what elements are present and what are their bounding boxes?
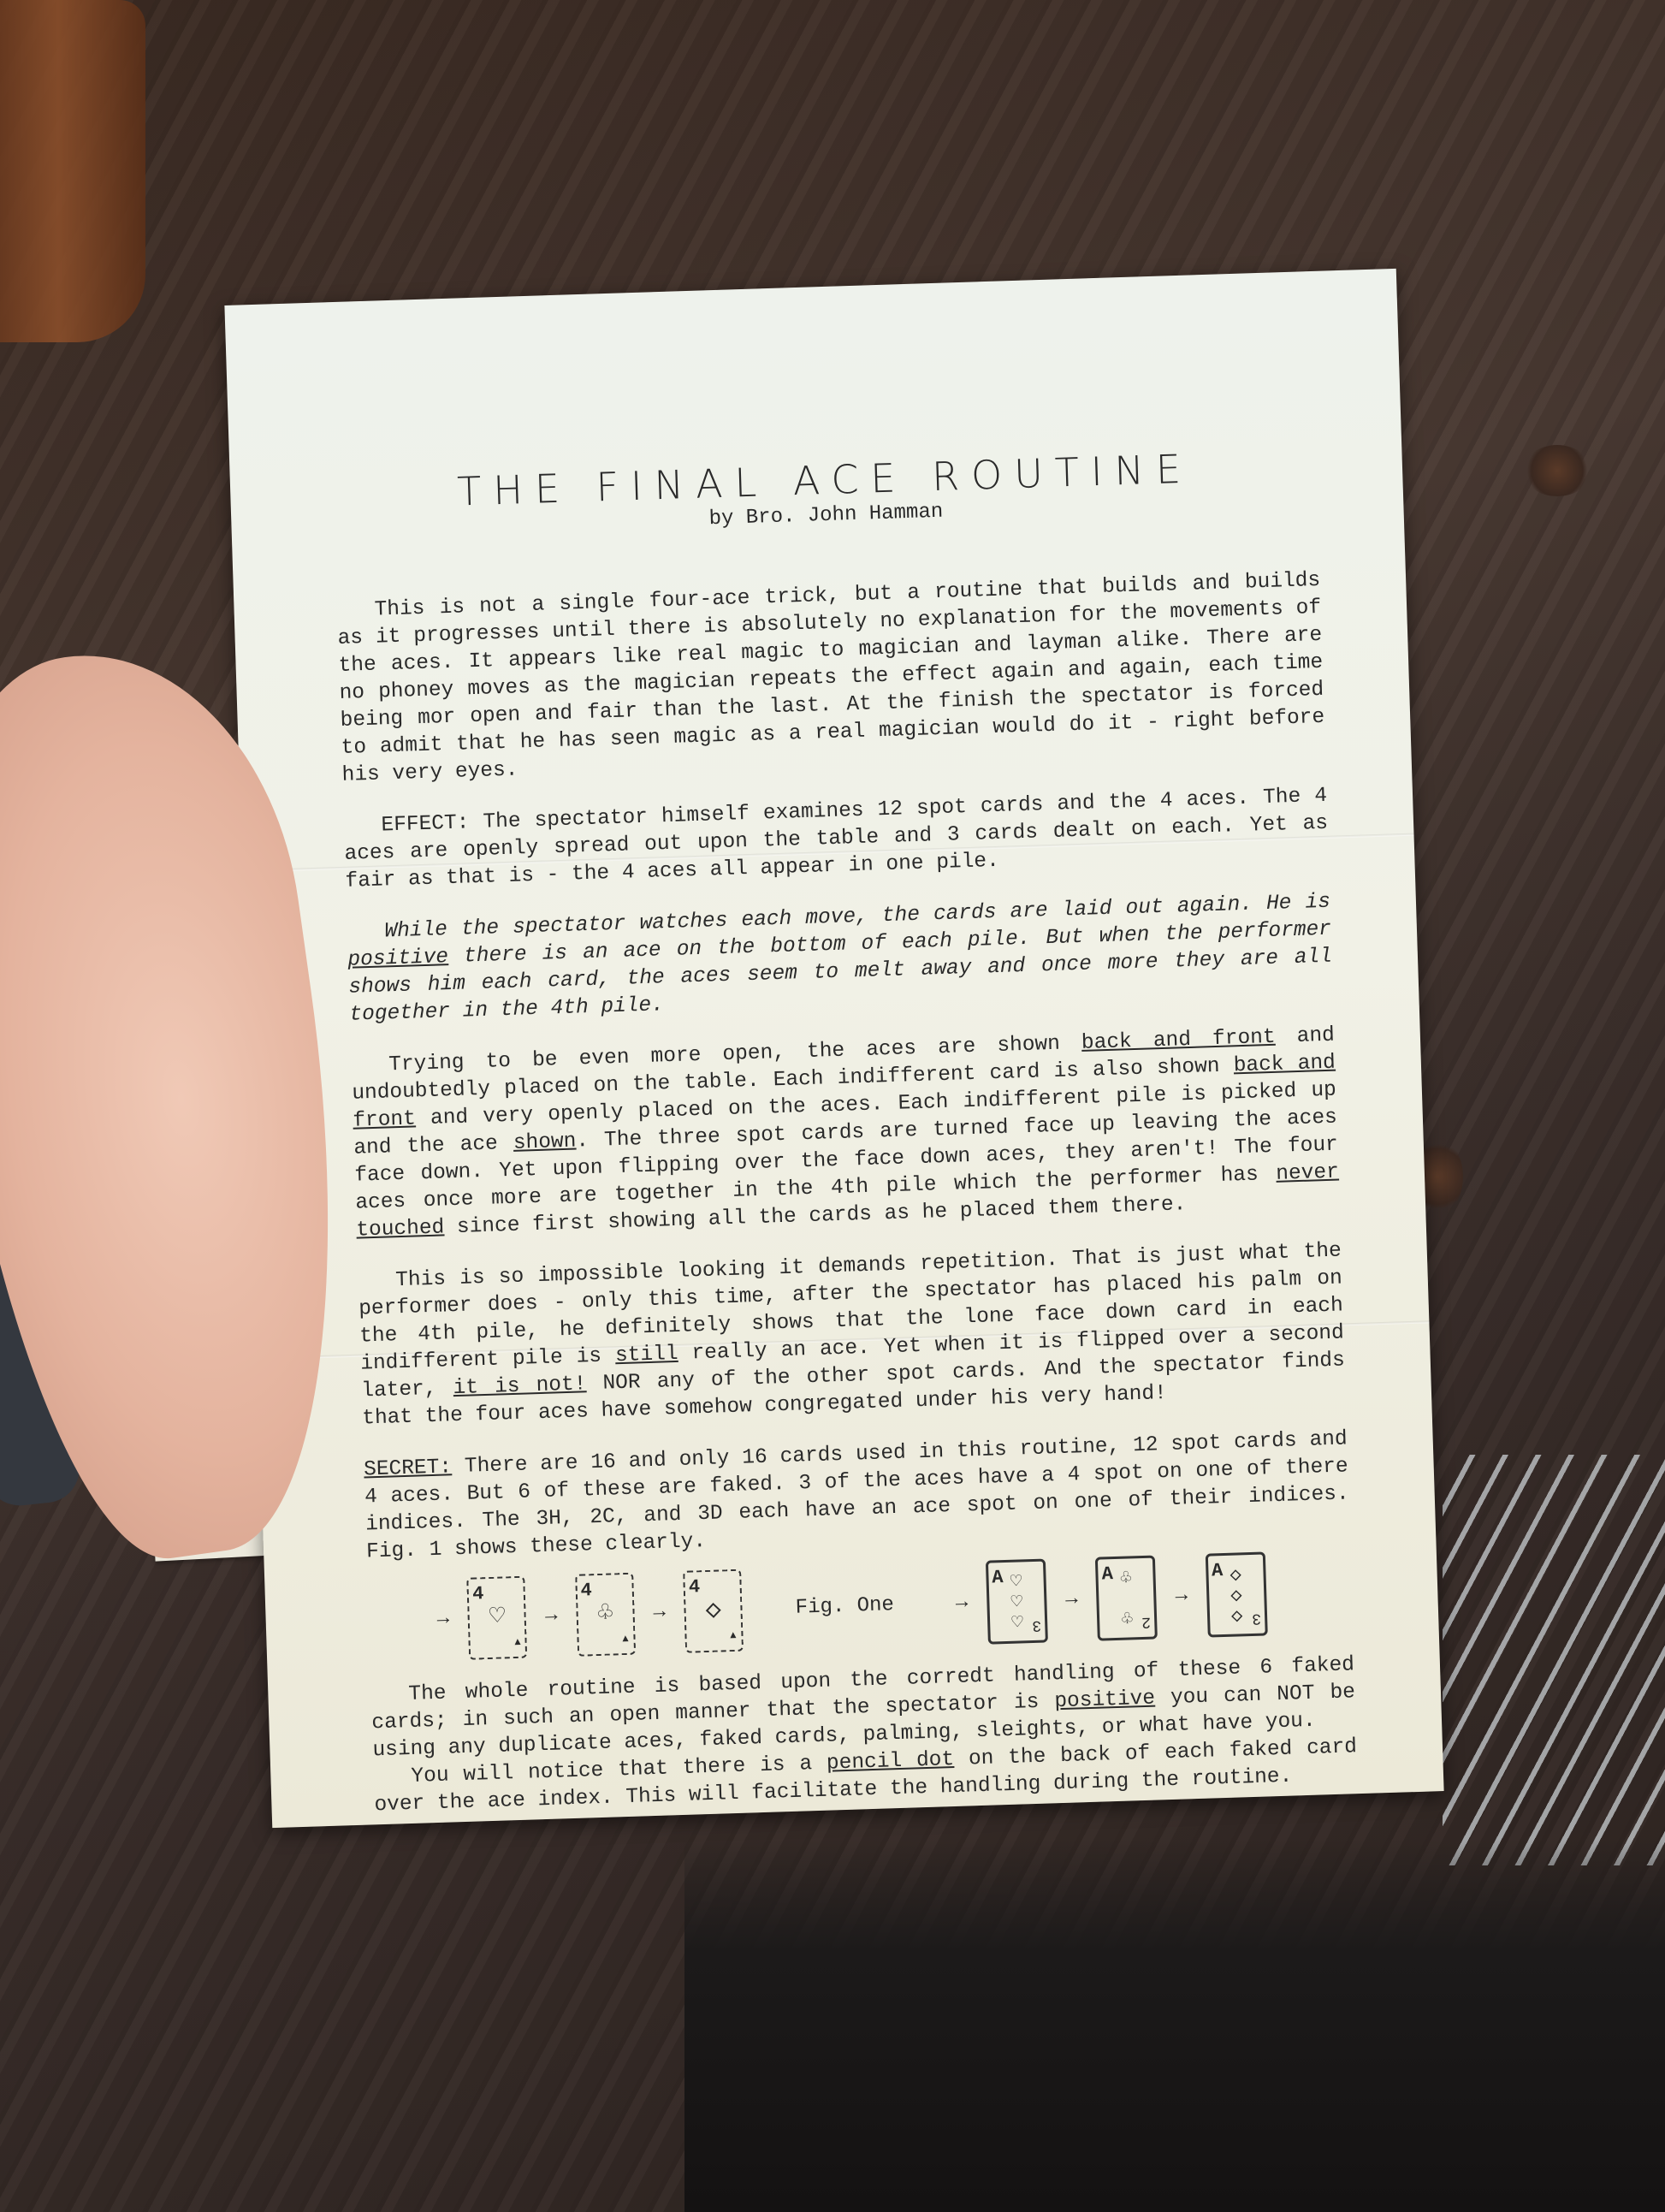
repetition-paragraph: This is so impossible looking it demands… (358, 1238, 1346, 1433)
arrow-icon: → (545, 1602, 558, 1629)
wood-plank (0, 0, 145, 342)
card-3h-ace-index: A ♡ ♡ ♡ 3 (986, 1559, 1048, 1645)
sheet-content: THE FINAL ACE ROUTINE by Bro. John Hamma… (333, 451, 1359, 1843)
card-ace-hearts-4-index: 4 ♡ ▾ (467, 1576, 528, 1660)
underlined-text: positive (347, 946, 448, 972)
card-ace-clubs-4-index: 4 ♧ ▾ (575, 1573, 636, 1657)
arrow-icon: → (436, 1605, 449, 1633)
typed-sheet: THE FINAL ACE ROUTINE by Bro. John Hamma… (224, 269, 1443, 1828)
open-paragraph: Trying to be even more open, the aces ar… (351, 1023, 1340, 1245)
arrow-icon: → (1175, 1582, 1188, 1610)
card-3d-ace-index: A ◇ ◇ ◇ 3 (1205, 1551, 1267, 1637)
arrow-icon: → (1065, 1586, 1078, 1613)
figure-label: Fig. One (795, 1592, 894, 1622)
card-ace-diamonds-4-index: 4 ◇ ▾ (683, 1569, 744, 1653)
spectator-paragraph: While the spectator watches each move, t… (347, 889, 1333, 1029)
card-2c-ace-index: A ♧ ♧ 2 (1095, 1556, 1158, 1641)
wood-knot (1523, 445, 1591, 496)
effect-paragraph: EFFECT: The spectator himself examines 1… (343, 783, 1329, 896)
secret-paragraph: SECRET: There are 16 and only 16 cards u… (364, 1426, 1350, 1566)
intro-paragraph: This is not a single four-ace trick, but… (336, 567, 1325, 790)
metal-grille (1443, 1455, 1665, 1865)
floor-shadow (684, 1840, 1665, 2212)
arrow-icon: → (955, 1589, 968, 1616)
figure-one: → 4 ♡ ▾ → 4 ♧ ▾ → 4 ◇ ▾ Fig. One → A (436, 1549, 1354, 1662)
effect-label: EFFECT: (381, 811, 470, 837)
secret-label: SECRET: (364, 1456, 453, 1481)
arrow-icon: → (653, 1599, 666, 1627)
